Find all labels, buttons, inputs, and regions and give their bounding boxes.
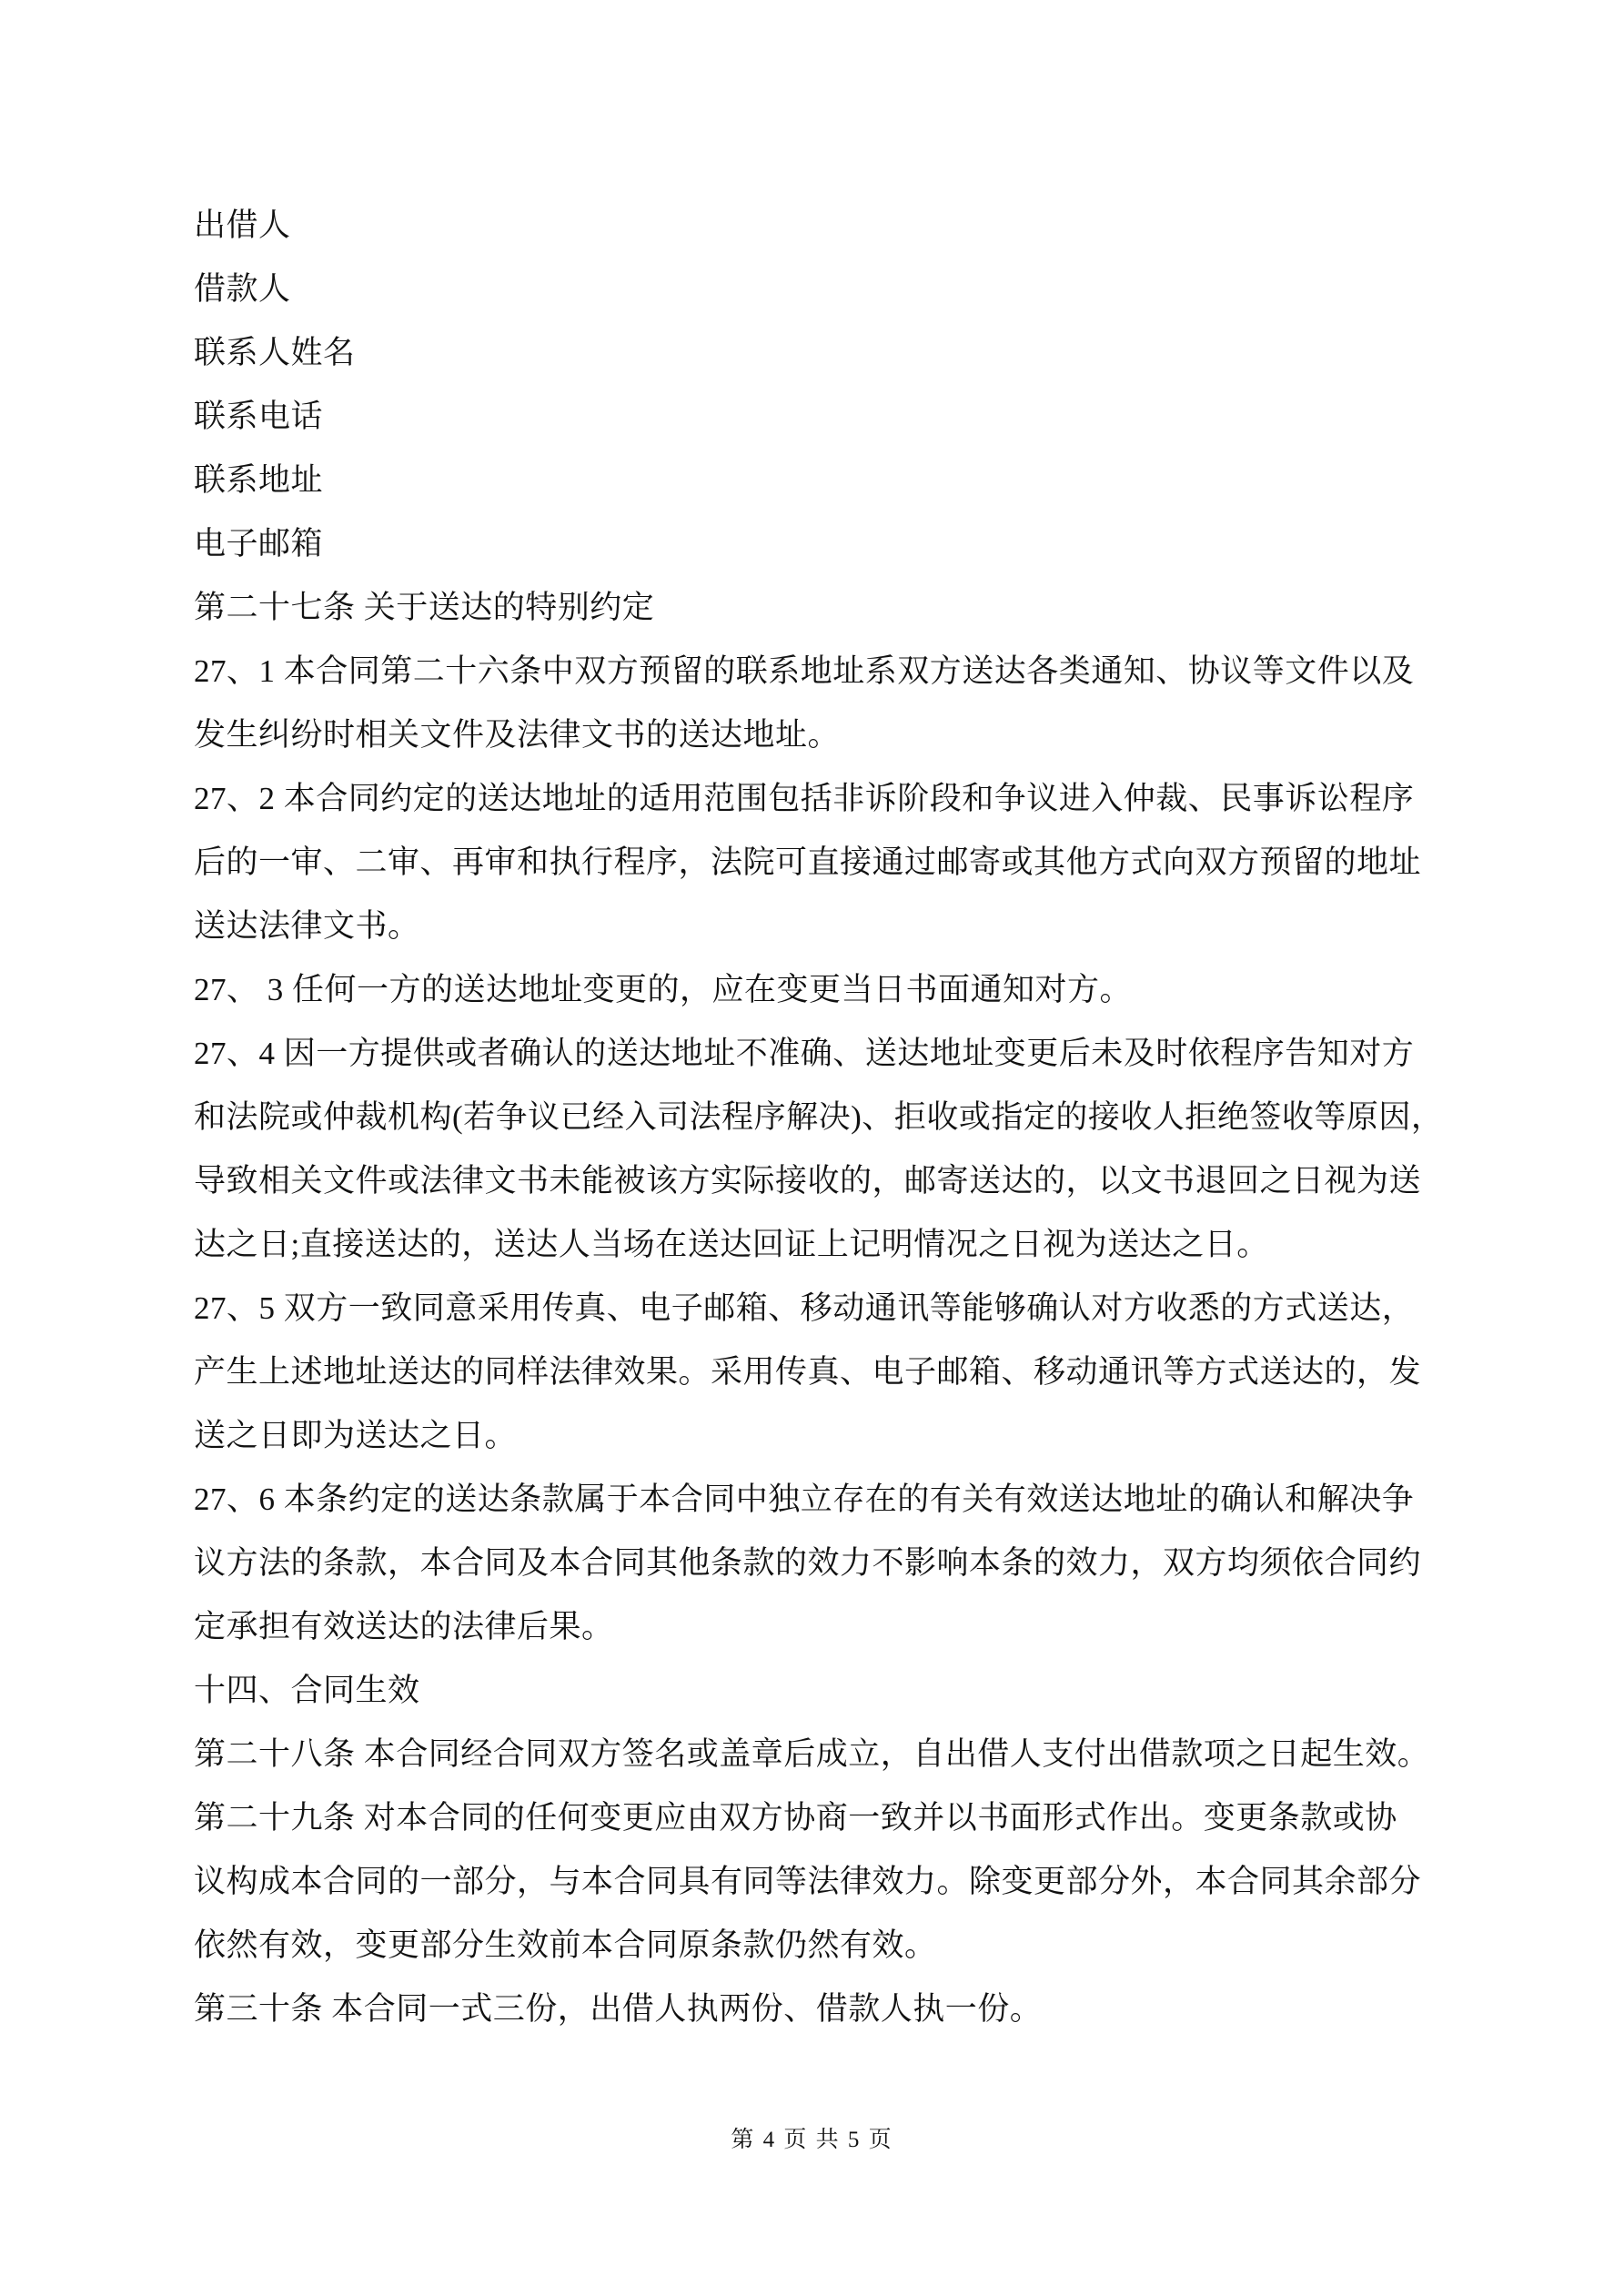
contract-document-page: 出借人借款人联系人姓名联系电话联系地址电子邮箱第二十七条 关于送达的特别约定27… <box>0 0 1624 2296</box>
text-line: 和法院或仲裁机构(若争议已经入司法程序解决)、拒收或指定的接收人拒绝签收等原因， <box>194 1086 1436 1149</box>
text-line: 27、4 因一方提供或者确认的送达地址不准确、送达地址变更后未及时依程序告知对方 <box>194 1022 1436 1086</box>
text-line: 第三十条 本合同一式三份，出借人执两份、借款人执一份。 <box>194 1977 1436 2041</box>
text-line: 第二十九条 对本合同的任何变更应由双方协商一致并以书面形式作出。变更条款或协 <box>194 1786 1436 1850</box>
text-line: 第二十七条 关于送达的特别约定 <box>194 576 1436 640</box>
text-line: 出借人 <box>194 194 1436 258</box>
text-line: 导致相关文件或法律文书未能被该方实际接收的，邮寄送达的，以文书退回之日视为送 <box>194 1149 1436 1213</box>
text-line: 联系人姓名 <box>194 321 1436 385</box>
text-line: 联系地址 <box>194 449 1436 512</box>
text-line: 送之日即为送达之日。 <box>194 1404 1436 1468</box>
text-line: 27、 3 任何一方的送达地址变更的，应在变更当日书面通知对方。 <box>194 958 1436 1022</box>
text-line: 27、1 本合同第二十六条中双方预留的联系地址系双方送达各类通知、协议等文件以及 <box>194 640 1436 703</box>
text-line: 议方法的条款，本合同及本合同其他条款的效力不影响本条的效力，双方均须依合同约 <box>194 1532 1436 1595</box>
text-line: 第二十八条 本合同经合同双方签名或盖章后成立，自出借人支付出借款项之日起生效。 <box>194 1723 1436 1786</box>
text-line: 定承担有效送达的法律后果。 <box>194 1595 1436 1659</box>
text-line: 发生纠纷时相关文件及法律文书的送达地址。 <box>194 703 1436 767</box>
page-number-footer: 第 4 页 共 5 页 <box>0 2120 1624 2160</box>
text-line: 后的一审、二审、再审和执行程序，法院可直接通过邮寄或其他方式向双方预留的地址 <box>194 831 1436 895</box>
text-line: 送达法律文书。 <box>194 895 1436 958</box>
text-line: 联系电话 <box>194 385 1436 449</box>
text-line: 议构成本合同的一部分，与本合同具有同等法律效力。除变更部分外，本合同其余部分 <box>194 1850 1436 1914</box>
text-line: 27、2 本合同约定的送达地址的适用范围包括非诉阶段和争议进入仲裁、民事诉讼程序 <box>194 767 1436 831</box>
text-line: 产生上述地址送达的同样法律效果。采用传真、电子邮箱、移动通讯等方式送达的，发 <box>194 1340 1436 1404</box>
text-line: 电子邮箱 <box>194 512 1436 576</box>
text-line: 27、5 双方一致同意采用传真、电子邮箱、移动通讯等能够确认对方收悉的方式送达， <box>194 1277 1436 1340</box>
contract-text-block: 出借人借款人联系人姓名联系电话联系地址电子邮箱第二十七条 关于送达的特别约定27… <box>194 194 1436 2041</box>
text-line: 27、6 本条约定的送达条款属于本合同中独立存在的有关有效送达地址的确认和解决争 <box>194 1468 1436 1532</box>
text-line: 十四、合同生效 <box>194 1659 1436 1723</box>
text-line: 借款人 <box>194 258 1436 321</box>
text-line: 依然有效，变更部分生效前本合同原条款仍然有效。 <box>194 1914 1436 1977</box>
text-line: 达之日;直接送达的，送达人当场在送达回证上记明情况之日视为送达之日。 <box>194 1213 1436 1277</box>
